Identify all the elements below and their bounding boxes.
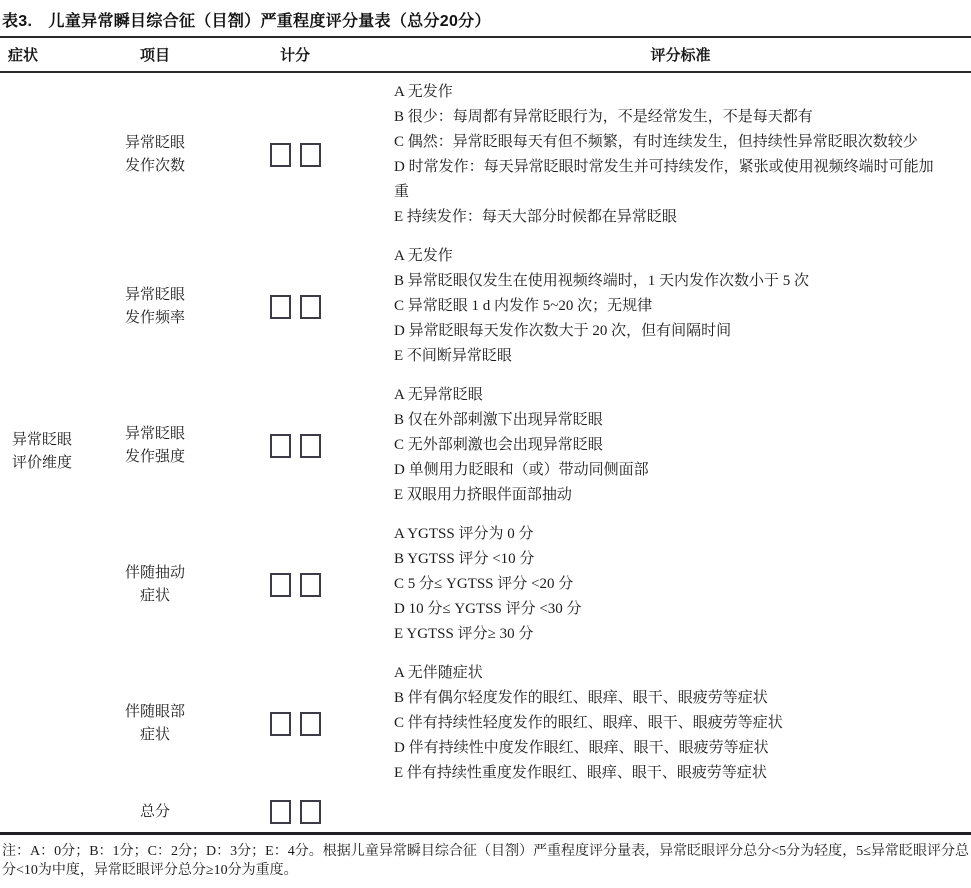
criteria-line: E 伴有持续性重度发作眼红、眼痒、眼干、眼疲劳等症状: [394, 761, 941, 786]
score-cell: [200, 654, 390, 793]
item-label-line: 伴随抽动: [110, 562, 200, 585]
item-cell: 伴随抽动 症状: [110, 515, 200, 654]
criteria-line: D 伴有持续性中度发作眼红、眼痒、眼干、眼疲劳等症状: [394, 736, 941, 761]
table-row-accompanying-ocular: 伴随眼部 症状 A 无伴随症状 B 伴有偶尔轻度发作的眼红、眼痒、眼干、眼疲劳等…: [0, 654, 971, 793]
score-checkbox[interactable]: [300, 712, 321, 736]
item-cell: 异常眨眼 发作频率: [110, 237, 200, 376]
criteria-line: A YGTSS 评分为 0 分: [394, 522, 941, 547]
item-cell: 异常眨眼 发作次数: [110, 72, 200, 237]
table-row-accompanying-tic: 伴随抽动 症状 A YGTSS 评分为 0 分 B YGTSS 评分 <10 分…: [0, 515, 971, 654]
header-criteria: 评分标准: [390, 37, 971, 72]
table-title: 表3. 儿童异常瞬目综合征（目劄）严重程度评分量表（总分20分）: [0, 2, 971, 36]
table-row-blink-count: 异常眨眼 评价维度 异常眨眼 发作次数 A 无发作 B 很少：每周都有异常眨眼行…: [0, 72, 971, 237]
item-label-line: 发作频率: [110, 307, 200, 330]
document-page: 表3. 儿童异常瞬目综合征（目劄）严重程度评分量表（总分20分） 症状 项目 计…: [0, 0, 971, 888]
table-note: 注：A：0分；B：1分；C：2分；D：3分；E：4分。根据儿童异常瞬目综合征（目…: [0, 835, 971, 880]
criteria-line: A 无发作: [394, 244, 941, 269]
criteria-line: E 不间断异常眨眼: [394, 344, 941, 369]
score-checkbox[interactable]: [300, 295, 321, 319]
criteria-line: D 时常发作：每天异常眨眼时常发生并可持续发作，紧张或使用视频终端时可能加重: [394, 155, 941, 205]
criteria-line: C 5 分≤ YGTSS 评分 <20 分: [394, 572, 941, 597]
symptom-dimension-line: 评价维度: [12, 452, 110, 475]
score-checkbox[interactable]: [270, 434, 291, 458]
symptom-dimension-line: 异常眨眼: [12, 429, 110, 452]
item-label-line: 症状: [110, 724, 200, 747]
criteria-cell: A 无发作 B 很少：每周都有异常眨眼行为，不是经常发生，不是每天都有 C 偶然…: [390, 72, 971, 237]
criteria-line: B YGTSS 评分 <10 分: [394, 547, 941, 572]
score-cell: [200, 376, 390, 515]
total-label: 总分: [110, 801, 200, 824]
criteria-line: B 仅在外部刺激下出现异常眨眼: [394, 408, 941, 433]
score-checkbox[interactable]: [270, 295, 291, 319]
criteria-cell: A 无异常眨眼 B 仅在外部刺激下出现异常眨眼 C 无外部刺激也会出现异常眨眼 …: [390, 376, 971, 515]
header-symptom: 症状: [0, 37, 110, 72]
item-label-line: 症状: [110, 585, 200, 608]
score-checkbox[interactable]: [300, 434, 321, 458]
criteria-line: C 无外部刺激也会出现异常眨眼: [394, 433, 941, 458]
item-label-line: 异常眨眼: [110, 284, 200, 307]
score-checkbox[interactable]: [300, 573, 321, 597]
criteria-line: C 偶然：异常眨眼每天有但不频繁，有时连续发生，但持续性异常眨眼次数较少: [394, 130, 941, 155]
criteria-line: D 单侧用力眨眼和（或）带动同侧面部: [394, 458, 941, 483]
score-cell: [200, 515, 390, 654]
criteria-line: C 伴有持续性轻度发作的眼红、眼痒、眼干、眼疲劳等症状: [394, 711, 941, 736]
item-label-line: 异常眨眼: [110, 132, 200, 155]
criteria-line: A 无发作: [394, 80, 941, 105]
score-checkbox[interactable]: [300, 143, 321, 167]
score-checkbox[interactable]: [270, 800, 291, 824]
score-cell: [200, 237, 390, 376]
criteria-line: E 持续发作：每天大部分时候都在异常眨眼: [394, 205, 941, 230]
scoring-table: 症状 项目 计分 评分标准 异常眨眼 评价维度 异常眨眼 发作次数: [0, 36, 971, 835]
item-label-line: 异常眨眼: [110, 423, 200, 446]
symptom-dimension-cell: 异常眨眼 评价维度: [0, 72, 110, 833]
header-row: 症状 项目 计分 评分标准: [0, 37, 971, 72]
score-checkbox[interactable]: [300, 800, 321, 824]
criteria-line: A 无异常眨眼: [394, 383, 941, 408]
item-label-line: 发作强度: [110, 446, 200, 469]
score-cell: [200, 793, 390, 833]
score-cell: [200, 72, 390, 237]
criteria-line: D 10 分≤ YGTSS 评分 <30 分: [394, 597, 941, 622]
table-row-blink-intensity: 异常眨眼 发作强度 A 无异常眨眼 B 仅在外部刺激下出现异常眨眼 C 无外部刺…: [0, 376, 971, 515]
criteria-line: A 无伴随症状: [394, 661, 941, 686]
item-label-line: 发作次数: [110, 155, 200, 178]
table-row-total: 总分: [0, 793, 971, 833]
criteria-line: B 很少：每周都有异常眨眼行为，不是经常发生，不是每天都有: [394, 105, 941, 130]
score-checkbox[interactable]: [270, 712, 291, 736]
total-label-cell: 总分: [110, 793, 200, 833]
criteria-line: C 异常眨眼 1 d 内发作 5~20 次；无规律: [394, 294, 941, 319]
header-score: 计分: [200, 37, 390, 72]
criteria-cell-empty: [390, 793, 971, 833]
criteria-cell: A 无发作 B 异常眨眼仅发生在使用视频终端时，1 天内发作次数小于 5 次 C…: [390, 237, 971, 376]
item-cell: 异常眨眼 发作强度: [110, 376, 200, 515]
criteria-line: E 双眼用力挤眼伴面部抽动: [394, 483, 941, 508]
score-checkbox[interactable]: [270, 573, 291, 597]
criteria-line: E YGTSS 评分≥ 30 分: [394, 622, 941, 647]
header-item: 项目: [110, 37, 200, 72]
item-label-line: 伴随眼部: [110, 701, 200, 724]
criteria-line: B 伴有偶尔轻度发作的眼红、眼痒、眼干、眼疲劳等症状: [394, 686, 941, 711]
criteria-line: D 异常眨眼每天发作次数大于 20 次，但有间隔时间: [394, 319, 941, 344]
criteria-line: B 异常眨眼仅发生在使用视频终端时，1 天内发作次数小于 5 次: [394, 269, 941, 294]
criteria-cell: A 无伴随症状 B 伴有偶尔轻度发作的眼红、眼痒、眼干、眼疲劳等症状 C 伴有持…: [390, 654, 971, 793]
item-cell: 伴随眼部 症状: [110, 654, 200, 793]
score-checkbox[interactable]: [270, 143, 291, 167]
criteria-cell: A YGTSS 评分为 0 分 B YGTSS 评分 <10 分 C 5 分≤ …: [390, 515, 971, 654]
table-row-blink-frequency: 异常眨眼 发作频率 A 无发作 B 异常眨眼仅发生在使用视频终端时，1 天内发作…: [0, 237, 971, 376]
